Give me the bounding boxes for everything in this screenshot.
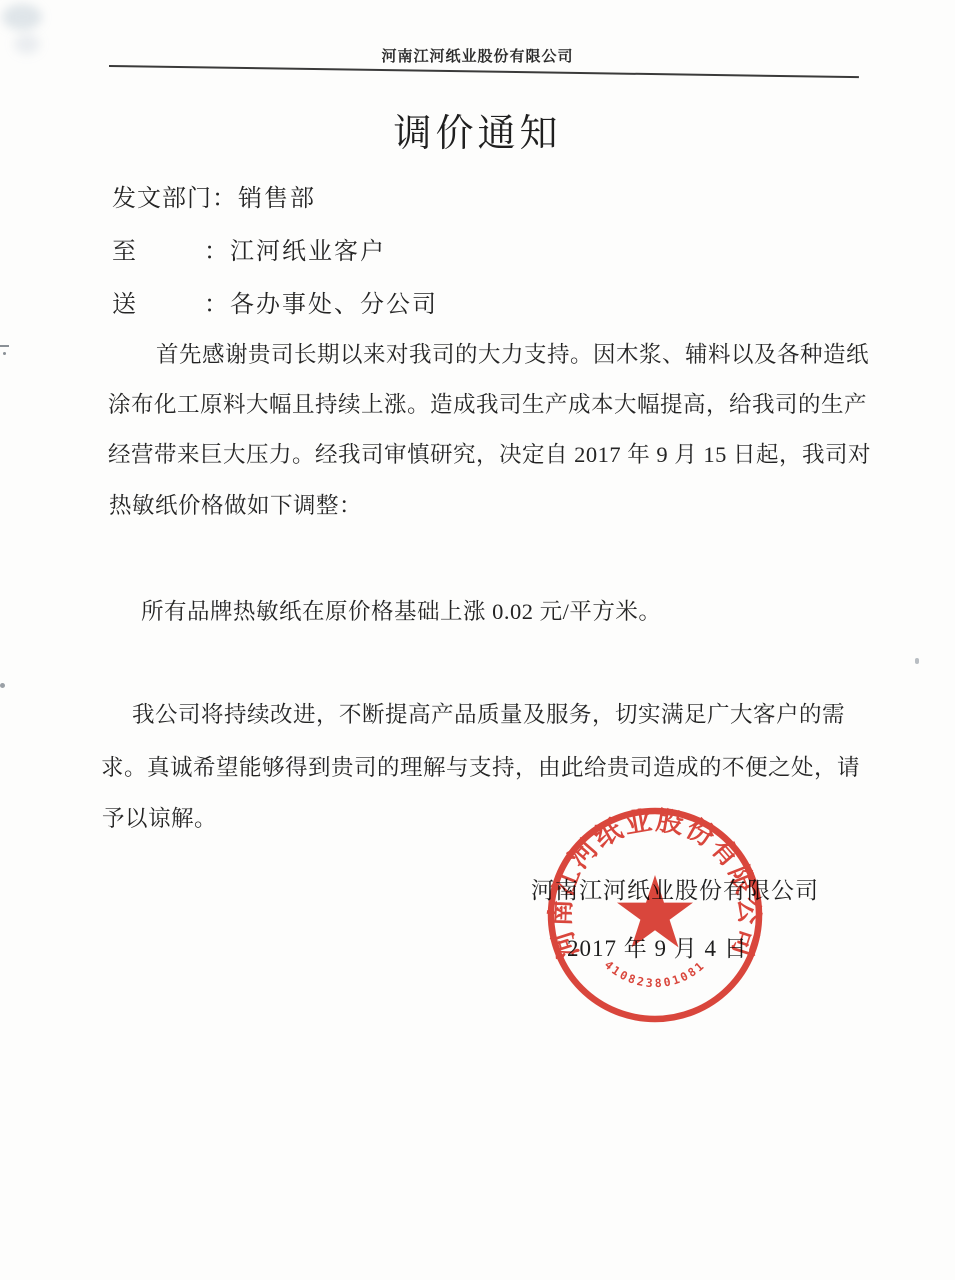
- field-to: 至 ： 江河纸业客户: [112, 231, 438, 284]
- field-colon: ：: [204, 284, 230, 319]
- scan-artifact: [0, 683, 5, 688]
- body-line: 我公司将持续改进，不断提高产品质量及服务，切实满足广大客户的需: [132, 697, 845, 729]
- field-issuing-department: 发文部门 ： 销售部: [112, 178, 438, 231]
- star-icon: [617, 875, 693, 947]
- company-seal: 河南江河纸业股份有限公司 410823801081: [540, 800, 770, 1030]
- header-company-name: 河南江河纸业股份有限公司: [0, 45, 955, 66]
- header-divider: [109, 65, 859, 78]
- field-value: 销售部: [238, 178, 316, 213]
- field-label: 至: [112, 231, 204, 266]
- address-fields: 发文部门 ： 销售部 至 ： 江河纸业客户 送 ： 各办事处、分公司: [112, 178, 438, 337]
- price-adjustment-line: 所有品牌热敏纸在原价格基础上涨 0.02 元/平方米。: [141, 594, 661, 626]
- page-title: 调价通知: [0, 102, 955, 157]
- field-value: 江河纸业客户: [230, 231, 386, 266]
- body-line: 涂布化工原料大幅且持续上涨。造成我司生产成本大幅提高，给我司的生产: [108, 387, 867, 419]
- field-label: 发文部门: [112, 178, 212, 213]
- body-line: 求。真诚希望能够得到贵司的理解与支持，由此给贵司造成的不便之处，请: [101, 750, 860, 782]
- body-line: 予以谅解。: [102, 801, 217, 833]
- field-label: 送: [112, 284, 204, 319]
- field-colon: ：: [204, 231, 230, 266]
- field-send: 送 ： 各办事处、分公司: [112, 284, 438, 337]
- seal-serial-number: 410823801081: [602, 958, 708, 991]
- body-line: 首先感谢贵司长期以来对我司的大力支持。因木浆、辅料以及各种造纸: [156, 337, 869, 369]
- document-page: 河南江河纸业股份有限公司 调价通知 发文部门 ： 销售部 至 ： 江河纸业客户 …: [0, 0, 955, 1280]
- company-seal-graphic: 河南江河纸业股份有限公司 410823801081: [540, 800, 770, 1030]
- body-line: 经营带来巨大压力。经我司审慎研究，决定自 2017 年 9 月 15 日起，我司…: [108, 437, 871, 469]
- scan-artifact: [0, 345, 9, 347]
- field-value: 各办事处、分公司: [230, 284, 438, 319]
- scan-artifact: [2, 4, 42, 30]
- scan-artifact: [915, 658, 919, 664]
- scan-artifact: [3, 352, 6, 355]
- body-line: 热敏纸价格做如下调整：: [109, 488, 362, 520]
- field-colon: ：: [212, 178, 238, 213]
